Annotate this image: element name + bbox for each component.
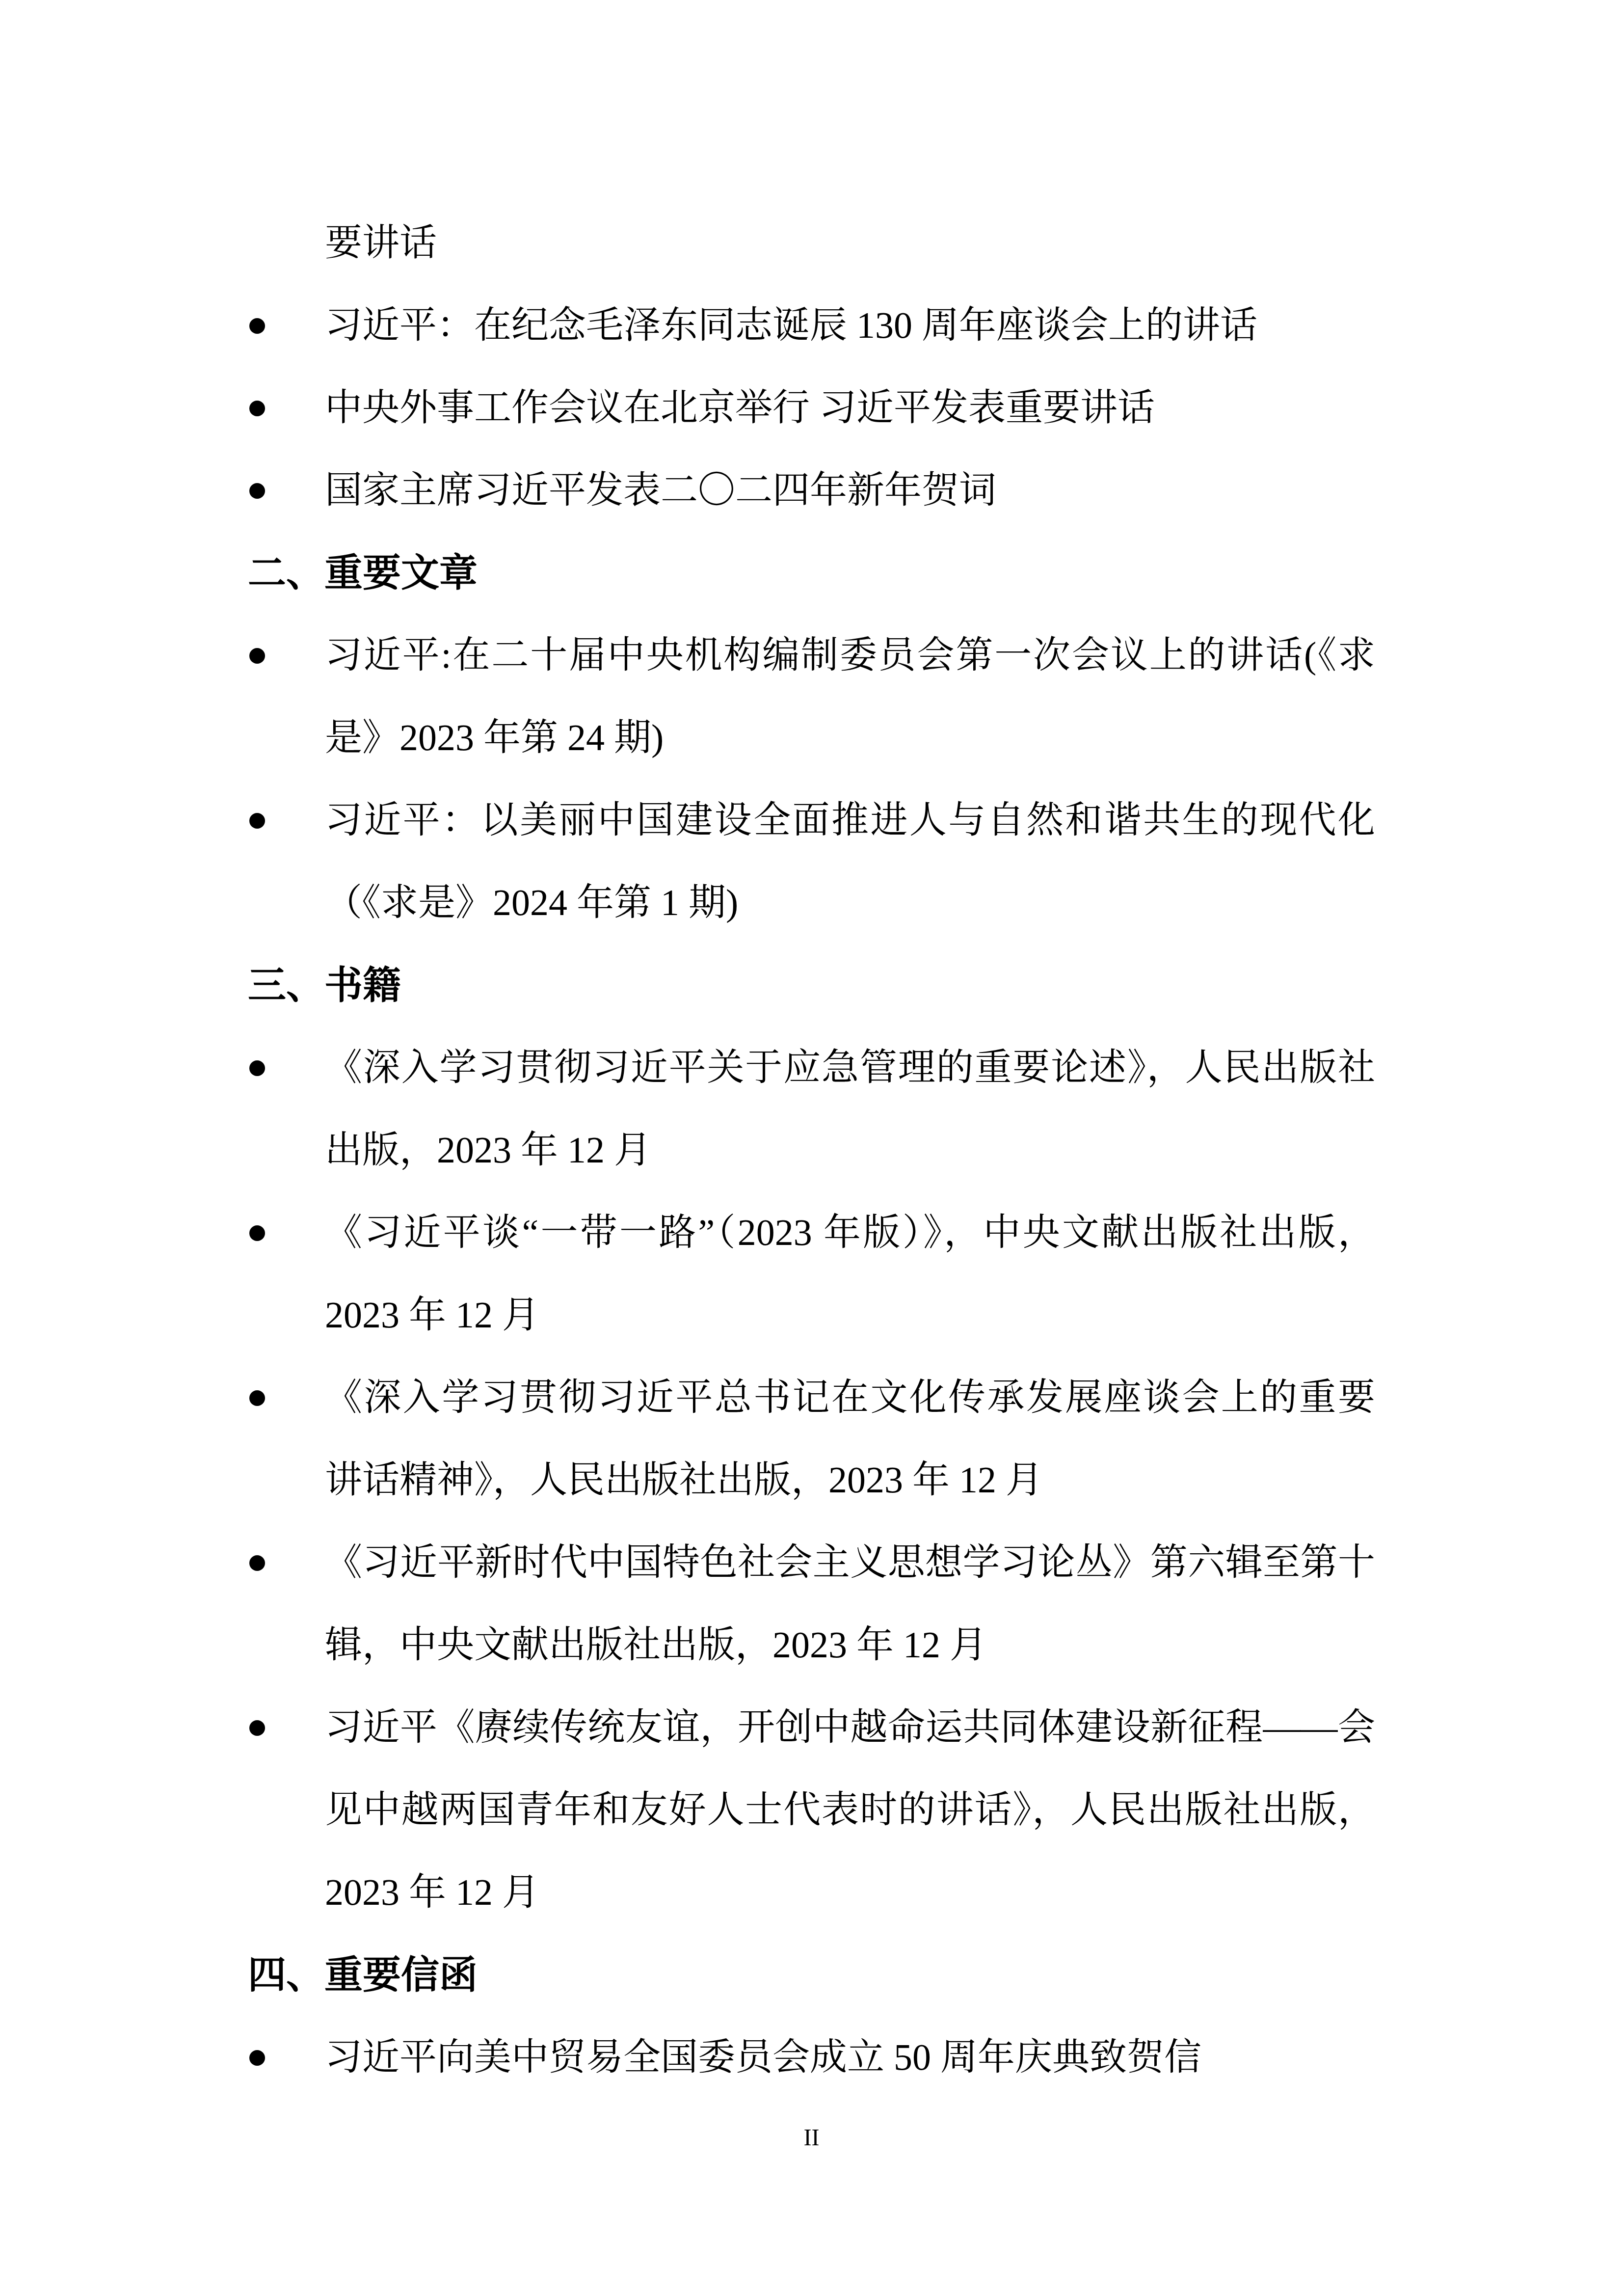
bullet-icon (249, 2050, 265, 2066)
section-heading-label: 二、重要文章 (248, 532, 1378, 614)
toc-item-row: 《深入学习贯彻习近平关于应急管理的重要论述》，人民出版社 (0, 1026, 1623, 1109)
toc-item-row: 习近平：在纪念毛泽东同志诞辰 130 周年座谈会上的讲话 (0, 284, 1623, 367)
section-heading-articles: 二、重要文章 (0, 532, 1623, 614)
toc-item-row: 习近平向美中贸易全国委员会成立 50 周年庆典致贺信 (0, 2016, 1623, 2099)
bullet-icon (249, 318, 265, 334)
page-number: II (0, 2111, 1623, 2165)
toc-item-wrap-row: 是》2023 年第 24 期) (0, 697, 1623, 779)
toc-continuation-row: 要讲话 (0, 202, 1623, 284)
toc-item-line: 《深入学习贯彻习近平总书记在文化传承发展座谈会上的重要 (325, 1356, 1375, 1439)
toc-item-line: （《求是》2024 年第 1 期) (325, 862, 1375, 944)
toc-item-line: 习近平：在纪念毛泽东同志诞辰 130 周年座谈会上的讲话 (325, 284, 1375, 367)
bullet-icon (249, 1060, 265, 1076)
toc-item-row: 国家主席习近平发表二〇二四年新年贺词 (0, 449, 1623, 532)
toc-item-wrap-row: 辑，中央文献出版社出版，2023 年 12 月 (0, 1604, 1623, 1686)
toc-item-row: 习近平：以美丽中国建设全面推进人与自然和谐共生的现代化 (0, 779, 1623, 862)
bullet-icon (249, 1720, 265, 1736)
section-heading-label: 四、重要信函 (248, 1934, 1378, 2016)
bullet-icon (249, 648, 265, 664)
toc-item-line: 2023 年 12 月 (325, 1274, 1375, 1356)
toc-item-line: 国家主席习近平发表二〇二四年新年贺词 (325, 449, 1375, 532)
toc-item-line: 《习近平新时代中国特色社会主义思想学习论丛》第六辑至第十 (325, 1521, 1375, 1604)
toc-item-wrap-row: （《求是》2024 年第 1 期) (0, 862, 1623, 944)
bullet-icon (249, 1225, 265, 1241)
document-page: 要讲话 习近平：在纪念毛泽东同志诞辰 130 周年座谈会上的讲话 中央外事工作会… (0, 0, 1623, 2296)
toc-item-line: 习近平向美中贸易全国委员会成立 50 周年庆典致贺信 (325, 2016, 1375, 2099)
section-heading-letters: 四、重要信函 (0, 1934, 1623, 2016)
toc-item-line: 见中越两国青年和友好人士代表时的讲话》，人民出版社出版， (325, 1769, 1375, 1851)
toc-item-line: 中央外事工作会议在北京举行 习近平发表重要讲话 (325, 367, 1375, 449)
toc-item-wrap-row: 2023 年 12 月 (0, 1274, 1623, 1356)
section-heading-books: 三、书籍 (0, 944, 1623, 1026)
bullet-icon (249, 483, 265, 499)
toc-item-line: 是》2023 年第 24 期) (325, 697, 1375, 779)
toc-item-line: 习近平:在二十届中央机构编制委员会第一次会议上的讲话(《求 (325, 614, 1375, 697)
toc-item-line: 讲话精神》，人民出版社出版，2023 年 12 月 (325, 1439, 1375, 1521)
toc-item-line: 《深入学习贯彻习近平关于应急管理的重要论述》，人民出版社 (325, 1026, 1375, 1109)
toc-item-line: 2023 年 12 月 (325, 1851, 1375, 1934)
toc-item-row: 《习近平新时代中国特色社会主义思想学习论丛》第六辑至第十 (0, 1521, 1623, 1604)
toc-item-line: 出版，2023 年 12 月 (325, 1109, 1375, 1191)
toc-item-row: 习近平《赓续传统友谊，开创中越命运共同体建设新征程——会 (0, 1686, 1623, 1769)
toc-item-row: 习近平:在二十届中央机构编制委员会第一次会议上的讲话(《求 (0, 614, 1623, 697)
toc-continuation-line: 要讲话 (325, 202, 1375, 284)
bullet-icon (249, 401, 265, 416)
toc-item-row: 中央外事工作会议在北京举行 习近平发表重要讲话 (0, 367, 1623, 449)
toc-item-line: 习近平《赓续传统友谊，开创中越命运共同体建设新征程——会 (325, 1686, 1375, 1769)
bullet-icon (249, 813, 265, 829)
toc-item-wrap-row: 出版，2023 年 12 月 (0, 1109, 1623, 1191)
toc-item-line: 《习近平谈“一带一路”（2023 年版）》，中央文献出版社出版， (325, 1191, 1375, 1274)
toc-item-line: 习近平：以美丽中国建设全面推进人与自然和谐共生的现代化 (325, 779, 1375, 862)
bullet-icon (249, 1555, 265, 1571)
toc-item-row: 《习近平谈“一带一路”（2023 年版）》，中央文献出版社出版， (0, 1191, 1623, 1274)
section-heading-label: 三、书籍 (248, 944, 1378, 1026)
toc-content: 要讲话 习近平：在纪念毛泽东同志诞辰 130 周年座谈会上的讲话 中央外事工作会… (0, 202, 1623, 2099)
toc-item-line: 辑，中央文献出版社出版，2023 年 12 月 (325, 1604, 1375, 1686)
toc-item-wrap-row: 见中越两国青年和友好人士代表时的讲话》，人民出版社出版， (0, 1769, 1623, 1851)
toc-item-row: 《深入学习贯彻习近平总书记在文化传承发展座谈会上的重要 (0, 1356, 1623, 1439)
toc-item-wrap-row: 2023 年 12 月 (0, 1851, 1623, 1934)
bullet-icon (249, 1390, 265, 1406)
toc-item-wrap-row: 讲话精神》，人民出版社出版，2023 年 12 月 (0, 1439, 1623, 1521)
